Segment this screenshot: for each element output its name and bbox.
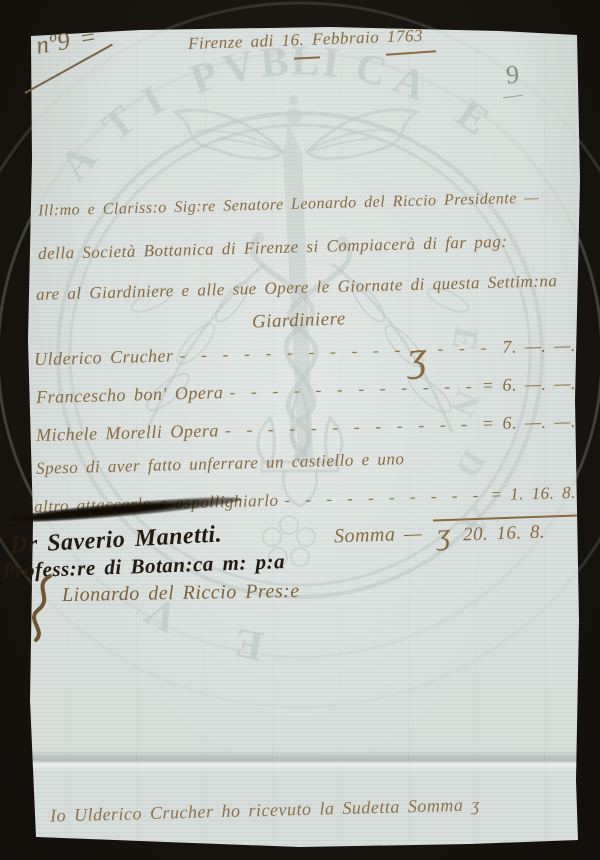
total-currency-symbol: ʒ: [436, 520, 452, 551]
section-heading: Giardiniere: [252, 308, 347, 333]
signature-flourish-icon: [26, 572, 60, 644]
ledger-row-amount: = 6. —. —.: [482, 411, 577, 434]
ledger-row-amount: = 6. —. —.: [482, 373, 577, 396]
total-label: Somma —: [334, 522, 423, 548]
total-amount: 20. 16. 8.: [463, 522, 546, 547]
ledger-row-name: Ulderico Crucher: [34, 345, 174, 370]
expense-amount: = 1. 16. 8.: [490, 483, 576, 505]
currency-symbol: ʒ: [407, 335, 429, 378]
ledger-row-amount: 7. —. —.: [502, 335, 576, 358]
watermark-letter: C: [351, 44, 392, 96]
signature-riccio-name: Lionardo del Riccio Pres:e: [62, 580, 300, 607]
watermark-letter: T: [94, 97, 144, 150]
scanned-document: ATIPVBLICAEVE ENDA nº9 = Firenze adi 16.…: [0, 0, 600, 860]
watermark-letter: E: [448, 91, 498, 145]
caduceus-orb: [286, 108, 302, 124]
archival-number: 9: [505, 60, 521, 91]
watermark-letter: D: [448, 443, 492, 483]
watermark-letter: E: [231, 619, 267, 669]
caduceus-top-orb: [289, 95, 299, 105]
watermark-letter: P: [185, 52, 224, 104]
watermark-letter: A: [51, 135, 106, 189]
watermark-letter: A: [387, 56, 433, 110]
